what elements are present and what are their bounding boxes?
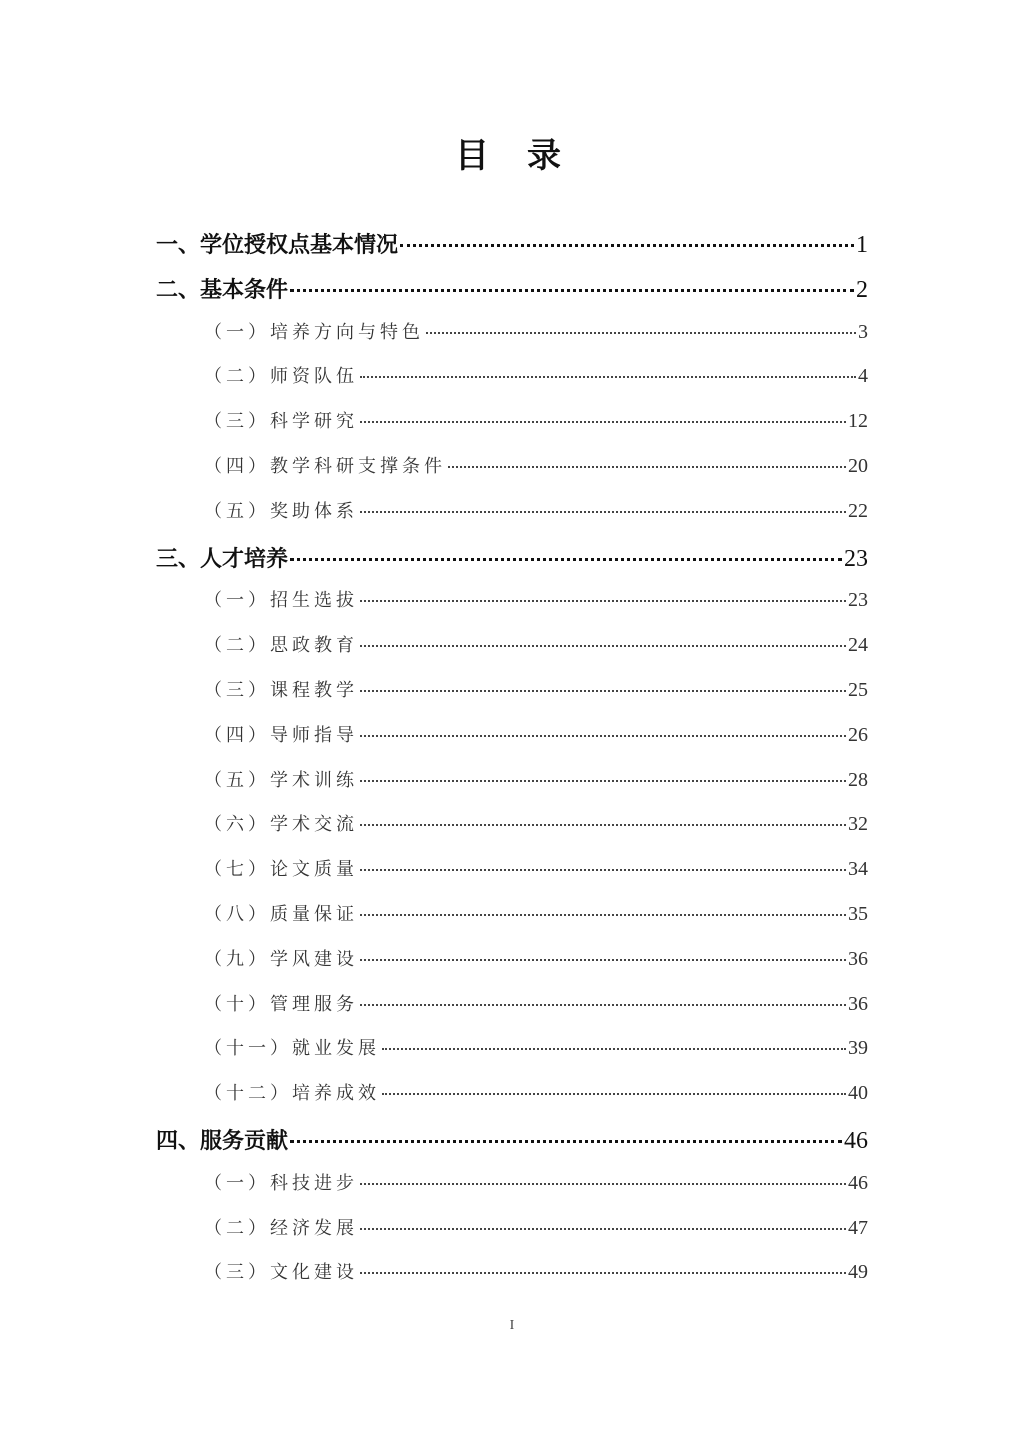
dot-leader [360,1228,846,1230]
dot-leader [290,1140,842,1143]
toc-entry-label: 一、学位授权点基本情况 [156,228,398,259]
toc-entry-page: 22 [848,500,868,523]
toc-subentry[interactable]: （三）文化建设49 [156,1258,868,1303]
toc-entry-page: 2 [856,277,868,304]
dot-leader [360,914,846,916]
toc-entry-page: 4 [858,365,868,388]
dot-leader [382,1048,846,1050]
toc-entry-page: 1 [856,232,868,259]
toc-entry-page: 25 [848,679,868,702]
toc-entry-label: （一）科技进步 [204,1169,358,1195]
toc-subentry[interactable]: （九）学风建设36 [156,945,868,990]
dot-leader [360,1004,846,1006]
toc-subentry[interactable]: （一）招生选拔23 [156,586,868,631]
toc-entry-label: （五）奖助体系 [204,497,358,523]
toc-subentry[interactable]: （二）思政教育24 [156,631,868,676]
toc-subentry[interactable]: （二）师资队伍4 [156,362,868,407]
toc-entry-label: （六）学术交流 [204,810,358,836]
toc-entry-label: （十）管理服务 [204,990,358,1016]
toc-subentry[interactable]: （四）导师指导26 [156,721,868,766]
toc-entry-page: 26 [848,724,868,747]
toc-entry-label: （二）思政教育 [204,631,358,657]
toc-subentry[interactable]: （五）学术训练28 [156,766,868,811]
dot-leader [360,735,846,737]
toc-entry-page: 12 [848,410,868,433]
toc-entry-label: 三、人才培养 [156,542,288,573]
toc-entry-page: 39 [848,1037,868,1060]
dot-leader [426,332,856,334]
dot-leader [382,1093,846,1095]
dot-leader [360,690,846,692]
toc-subentry[interactable]: （二）经济发展47 [156,1214,868,1259]
toc-subentry[interactable]: （十二）培养成效40 [156,1079,868,1124]
toc-entry-page: 23 [844,546,868,573]
toc-entry-page: 23 [848,589,868,612]
toc-entry-label: （四）教学科研支撑条件 [204,452,446,478]
dot-leader [360,869,846,871]
toc-entry-page: 46 [848,1172,868,1195]
toc-entry-label: （九）学风建设 [204,945,358,971]
toc-subentry[interactable]: （四）教学科研支撑条件20 [156,452,868,497]
dot-leader [360,1183,846,1185]
toc-subentry[interactable]: （十一）就业发展39 [156,1034,868,1079]
toc-entry-label: （三）课程教学 [204,676,358,702]
toc-subentry[interactable]: （五）奖助体系22 [156,497,868,542]
toc-entry-page: 20 [848,455,868,478]
dot-leader [448,466,846,468]
dot-leader [360,645,846,647]
toc-entry-page: 47 [848,1217,868,1240]
toc-entry-page: 34 [848,858,868,881]
toc-entry-page: 36 [848,993,868,1016]
dot-leader [360,376,856,378]
toc-entry-page: 24 [848,634,868,657]
toc-entry-label: （十二）培养成效 [204,1079,380,1105]
toc-entry-label: （三）科学研究 [204,407,358,433]
toc-entry-label: （八）质量保证 [204,900,358,926]
toc-entry-label: （五）学术训练 [204,766,358,792]
toc-entry[interactable]: 一、学位授权点基本情况1 [156,228,868,273]
toc-entry-page: 3 [858,321,868,344]
table-of-contents: 一、学位授权点基本情况1 二、基本条件2 （一）培养方向与特色3 （二）师资队伍… [156,228,868,1303]
toc-subentry[interactable]: （三）课程教学25 [156,676,868,721]
toc-entry-label: （一）招生选拔 [204,586,358,612]
toc-subentry[interactable]: （三）科学研究12 [156,407,868,452]
toc-entry[interactable]: 二、基本条件2 [156,273,868,318]
toc-entry-label: （一）培养方向与特色 [204,318,424,344]
toc-entry-label: （三）文化建设 [204,1258,358,1284]
dot-leader [290,558,842,561]
dot-leader [360,780,846,782]
toc-entry-page: 35 [848,903,868,926]
toc-entry-page: 49 [848,1261,868,1284]
toc-subentry[interactable]: （八）质量保证35 [156,900,868,945]
toc-subentry[interactable]: （一）培养方向与特色3 [156,318,868,363]
dot-leader [360,824,846,826]
dot-leader [360,421,846,423]
toc-entry-label: 四、服务贡献 [156,1124,288,1155]
toc-entry-label: （四）导师指导 [204,721,358,747]
toc-entry-label: （二）师资队伍 [204,362,358,388]
toc-entry-page: 28 [848,769,868,792]
dot-leader [360,600,846,602]
toc-entry-page: 32 [848,813,868,836]
dot-leader [290,289,854,292]
toc-entry-label: （十一）就业发展 [204,1034,380,1060]
dot-leader [360,511,846,513]
toc-entry-label: （七）论文质量 [204,855,358,881]
toc-subentry[interactable]: （六）学术交流32 [156,810,868,855]
page-number: I [0,1318,1024,1334]
page-title: 目录 [0,128,1024,177]
dot-leader [400,244,854,247]
toc-entry[interactable]: 四、服务贡献46 [156,1124,868,1169]
toc-entry-page: 46 [844,1128,868,1155]
toc-subentry[interactable]: （一）科技进步46 [156,1169,868,1214]
toc-subentry[interactable]: （十）管理服务36 [156,990,868,1035]
toc-entry-page: 40 [848,1082,868,1105]
toc-entry-label: 二、基本条件 [156,273,288,304]
toc-entry-label: （二）经济发展 [204,1214,358,1240]
dot-leader [360,959,846,961]
dot-leader [360,1272,846,1274]
toc-entry[interactable]: 三、人才培养23 [156,542,868,587]
toc-subentry[interactable]: （七）论文质量34 [156,855,868,900]
toc-entry-page: 36 [848,948,868,971]
